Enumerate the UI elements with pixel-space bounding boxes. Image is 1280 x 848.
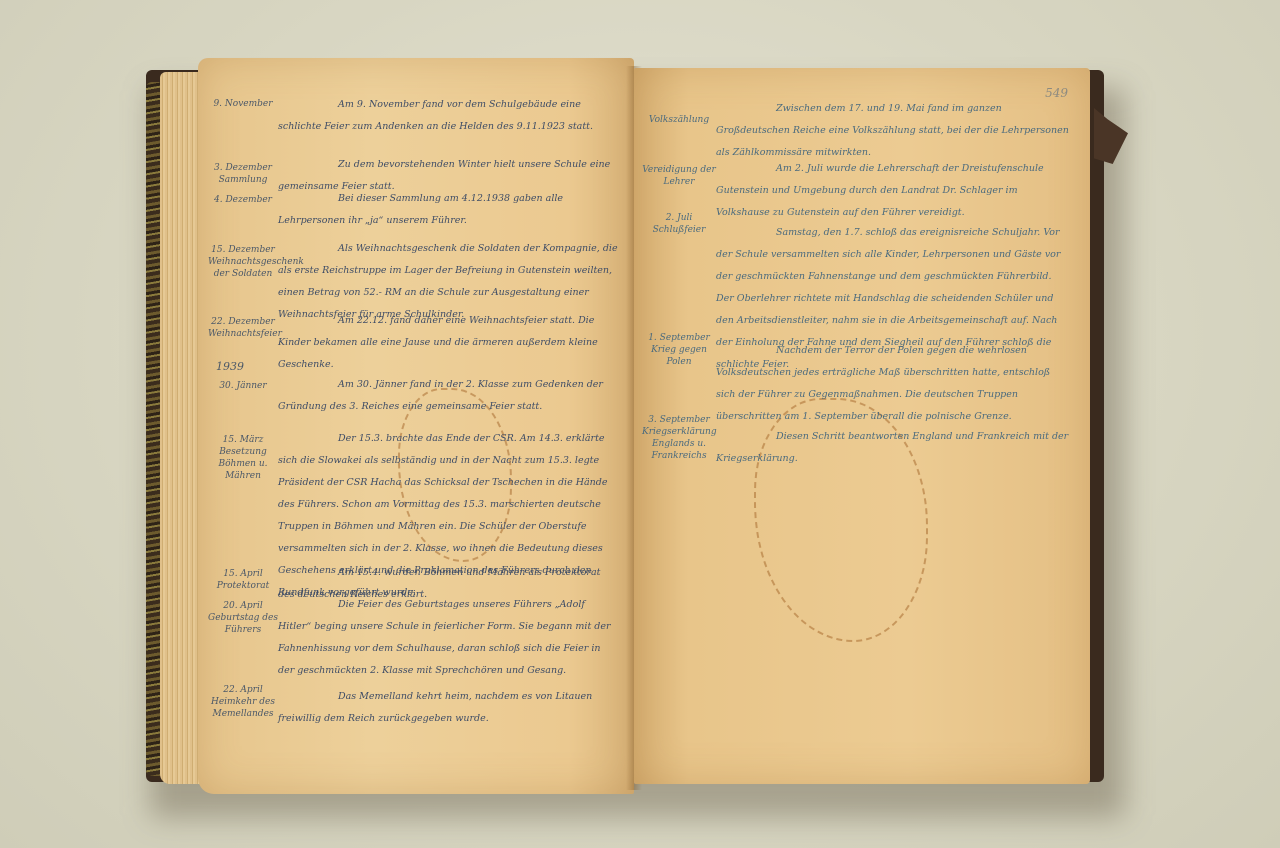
- right-page: 549 Volkszählung Zwischen dem 17. und 19…: [634, 68, 1090, 784]
- margin-date: 3. Dezember Sammlung: [208, 162, 278, 186]
- margin-date: 15. Dezember Weihnachtsgeschenk der Sold…: [208, 244, 278, 280]
- margin-date: 2. Juli Schlußfeier: [642, 212, 716, 236]
- left-page: 9. November Am 9. November fand vor dem …: [198, 58, 634, 794]
- margin-date: 15. April Protektorat: [208, 568, 278, 592]
- entry-text: Zwischen dem 17. und 19. Mai fand im gan…: [716, 98, 1072, 164]
- entry-text: Am 9. November fand vor dem Schulgebäude…: [278, 94, 618, 138]
- entry-text: Am 22.12. fand daher eine Weihnachtsfeie…: [278, 310, 618, 376]
- margin-date: Vereidigung der Lehrer: [642, 164, 716, 188]
- entry-text: Nachdem der Terror der Polen gegen die w…: [716, 340, 1072, 428]
- margin-date: 22. Dezember Weihnachtsfeier: [208, 316, 278, 340]
- entry-text: Am 2. Juli wurde die Lehrerschaft der Dr…: [716, 158, 1072, 224]
- entry-text: Am 30. Jänner fand in der 2. Klasse zum …: [278, 374, 618, 418]
- year-heading: 1939: [216, 360, 244, 373]
- entry-text: Diesen Schritt beantworten England und F…: [716, 426, 1072, 470]
- margin-date: 15. März Besetzung Böhmen u. Mähren: [208, 434, 278, 482]
- margin-date: 20. April Geburtstag des Führers: [208, 600, 278, 636]
- margin-date: Volkszählung: [642, 114, 716, 126]
- margin-date: 1. September Krieg gegen Polen: [642, 332, 716, 368]
- margin-date: 30. Jänner: [208, 380, 278, 392]
- entry-text: Bei dieser Sammlung am 4.12.1938 gaben a…: [278, 188, 618, 232]
- margin-date: 9. November: [208, 98, 278, 110]
- margin-date: 22. April Heimkehr des Memellandes: [208, 684, 278, 720]
- entry-text: Das Memelland kehrt heim, nachdem es von…: [278, 686, 618, 730]
- margin-date: 4. Dezember: [208, 194, 278, 206]
- margin-date: 3. September Kriegserklärung Englands u.…: [642, 414, 716, 462]
- entry-text: Die Feier des Geburtstages unseres Führe…: [278, 594, 618, 682]
